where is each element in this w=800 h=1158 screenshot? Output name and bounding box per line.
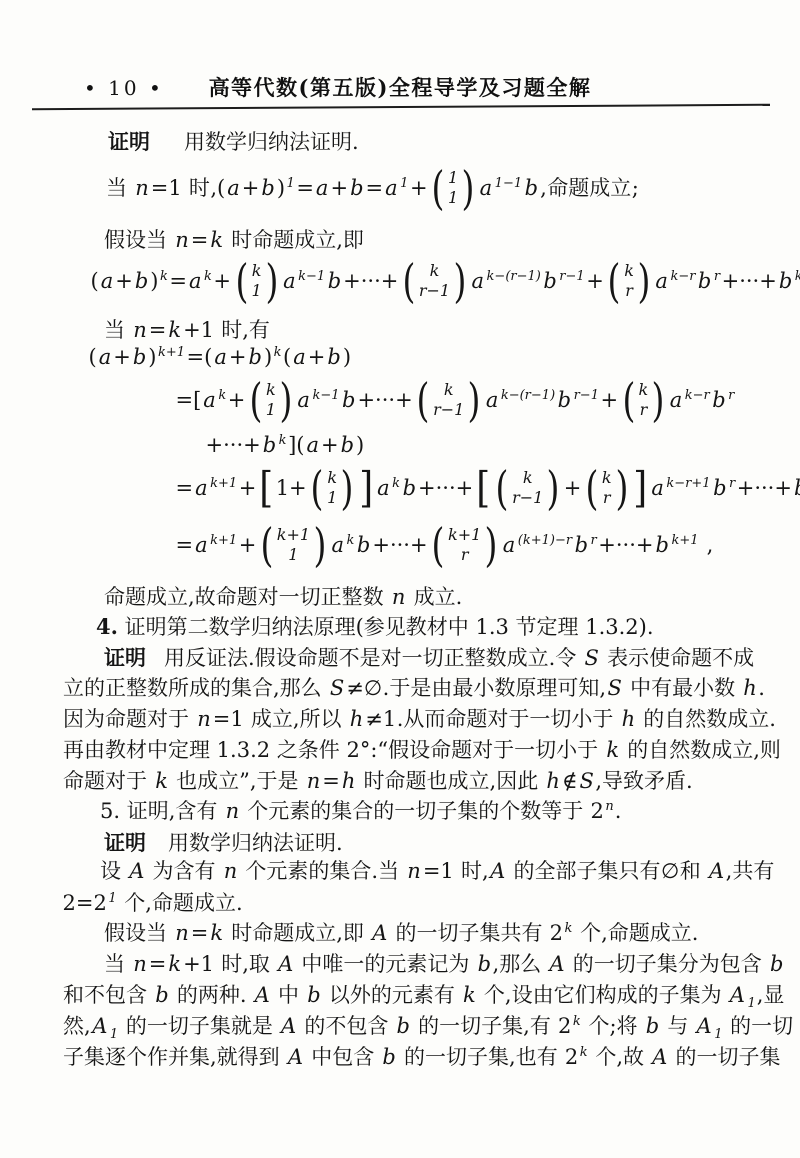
text-line: (a+b)k=ak+(k1)ak−1b+···+(kr−1)ak−(r−1)br… xyxy=(90,254,800,312)
big-bracket: ] xyxy=(634,468,648,508)
text-line: =ak+1+[1+(k1)]akb+···+[(kr−1)+(kr)]ak−r+… xyxy=(175,461,800,519)
binomial-coefficient: (k+11) xyxy=(258,523,329,567)
text-line: 当 n=1 时,(a+b)1=a+b=a1+(11)a1−1b,命题成立; xyxy=(106,161,639,219)
binomial-coefficient: (kr−1) xyxy=(493,466,562,510)
binomial-coefficient: (k1) xyxy=(247,378,295,422)
text-line: 4. 证明第二数学归纳法原理(参见教材中 1.3 节定理 1.3.2). xyxy=(96,613,654,641)
text-line: 假设当 n=k 时命题成立,即 A 的一切子集共有 2k 个,命题成立. xyxy=(104,920,698,950)
binomial-coefficient: (kr−1) xyxy=(400,259,469,303)
binomial-coefficient: (kr) xyxy=(620,378,668,422)
text-line: 证明用数学归纳法证明. xyxy=(104,829,343,857)
binomial-coefficient: (kr−1) xyxy=(414,378,483,422)
text-line: 当 n=k+1 时,取 A 中唯一的元素记为 b,那么 A 的一切子集分为包含 … xyxy=(104,951,785,978)
text-line: 命题对于 k 也成立”,于是 n=h 时命题也成立,因此 h∉S,导致矛盾. xyxy=(63,768,693,795)
binomial-coefficient: (kr) xyxy=(583,466,631,510)
big-bracket: ] xyxy=(359,468,373,508)
text-line: 命题成立,故命题对一切正整数 n 成立. xyxy=(104,584,462,611)
text-line: =[ak+(k1)ak−1b+···+(kr−1)ak−(r−1)br−1+(k… xyxy=(175,373,735,431)
big-bracket: [ xyxy=(259,468,273,508)
book-page: • 10 • 高等代数(第五版)全程导学及习题全解 证明用数学归纳法证明.当 n… xyxy=(0,0,800,1158)
header-rule xyxy=(32,104,770,111)
text-line: 和不包含 b 的两种. A 中 b 以外的元素有 k 个,设由它们构成的子集为 … xyxy=(63,982,784,1012)
text-line: 再由教材中定理 1.3.2 之条件 2°:“假设命题对于一切小于 k 的自然数成… xyxy=(63,737,781,764)
big-bracket: [ xyxy=(476,468,490,508)
text-line: 立的正整数所成的集合,那么 S≠∅.于是由最小数原理可知,S 中有最小数 h. xyxy=(63,675,765,702)
text-line: 证明用反证法.假设命题不是对一切正整数成立.令 S 表示使命题不成 xyxy=(104,644,754,672)
text-line: 当 n=k+1 时,有 xyxy=(104,317,270,344)
text-line: 5. 证明,含有 n 个元素的集合的一切子集的个数等于 2n. xyxy=(100,798,621,828)
text-line: 子集逐个作并集,就得到 A 中包含 b 的一切子集,也有 2k 个,故 A 的一… xyxy=(63,1044,781,1074)
binomial-coefficient: (kr) xyxy=(605,259,653,303)
binomial-coefficient: (k1) xyxy=(233,259,281,303)
book-title: 高等代数(第五版)全程导学及习题全解 xyxy=(0,72,800,102)
text-line: 然,A1 的一切子集就是 A 的不包含 b 的一切子集,有 2k 个;将 b 与… xyxy=(63,1013,793,1043)
text-line: 因为命题对于 n=1 成立,所以 h≠1.从而命题对于一切小于 h 的自然数成立… xyxy=(63,706,776,733)
text-line: 证明用数学归纳法证明. xyxy=(108,128,359,156)
text-line: 2=21 个,命题成立. xyxy=(62,890,243,920)
binomial-coefficient: (k+1r) xyxy=(429,523,500,567)
binomial-coefficient: (k1) xyxy=(308,466,356,510)
text-line: =ak+1+(k+11)akb+···+(k+1r)a(k+1)−rbr+···… xyxy=(175,518,714,576)
binomial-coefficient: (11) xyxy=(429,166,477,210)
text-line: 设 A 为含有 n 个元素的集合.当 n=1 时,A 的全部子集只有∅和 A,共… xyxy=(100,858,774,885)
